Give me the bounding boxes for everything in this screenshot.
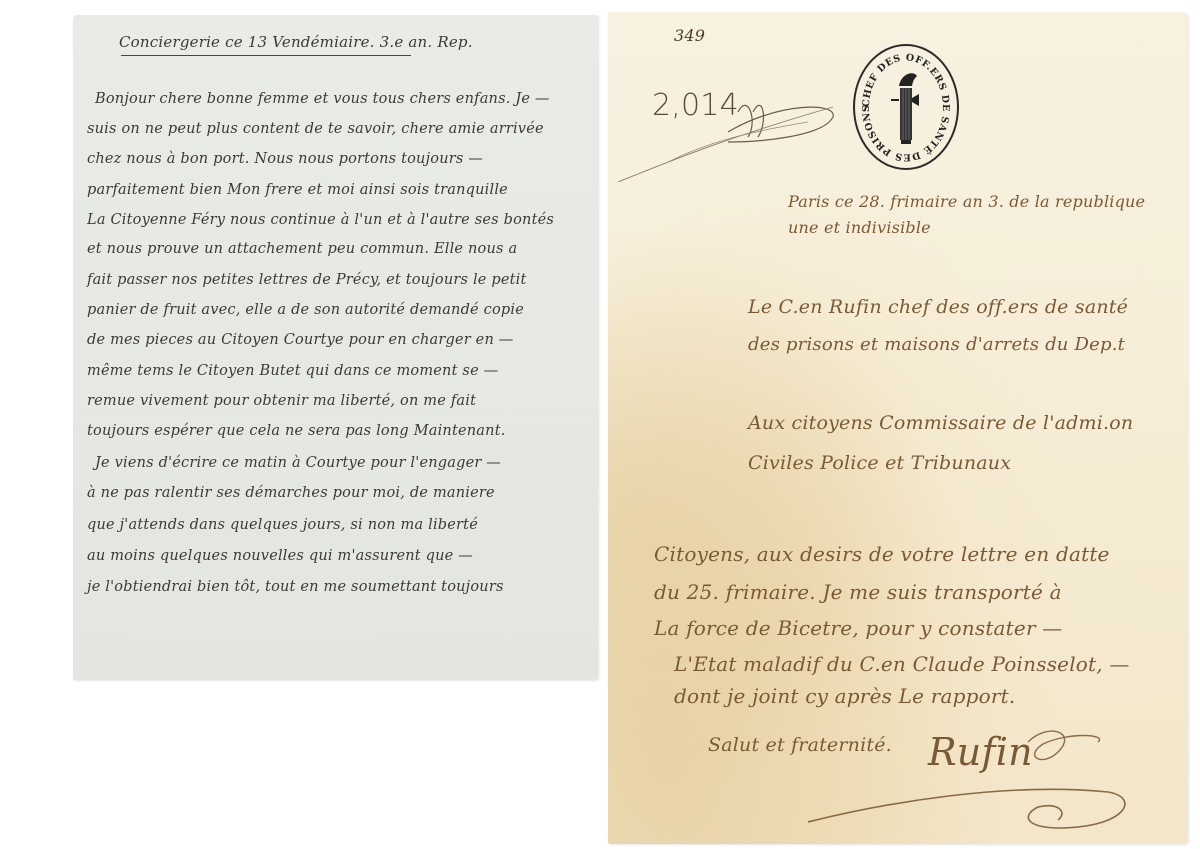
letter-line: parfaitement bien Mon frere et moi ainsi… [87, 182, 508, 198]
letter-line: que j'attends dans quelques jours, si no… [87, 517, 478, 533]
heading-underline [121, 55, 411, 56]
letter-line: de mes pieces au Citoyen Courtye pour en… [87, 332, 514, 348]
letter-line: je l'obtiendrai bien tôt, tout en me sou… [87, 579, 504, 595]
sender-line: des prisons et maisons d'arrets du Dep.t [748, 334, 1125, 355]
sender-line: Le C.en Rufin chef des off.ers de santé [748, 296, 1128, 318]
letter-line: toujours espérer que cela ne sera pas lo… [87, 423, 506, 439]
letter-line: La Citoyenne Féry nous continue à l'un e… [87, 212, 554, 228]
signature-flourish-icon [808, 712, 1138, 849]
letter-line: au moins quelques nouvelles qui m'assure… [87, 548, 473, 564]
body-line: L'Etat maladif du C.en Claude Poinsselot… [674, 652, 1130, 676]
body-line: dont je joint cy après Le rapport. [674, 684, 1015, 708]
recipient-line: Aux citoyens Commissaire de l'admi.on [748, 412, 1133, 434]
date-line: Paris ce 28. frimaire an 3. de la republ… [788, 192, 1145, 211]
body-line: Citoyens, aux desirs de votre lettre en … [654, 542, 1110, 566]
letter-line: fait passer nos petites lettres de Précy… [87, 272, 527, 288]
left-letter-page: Conciergerie ce 13 Vendémiaire. 3.e an. … [73, 15, 598, 680]
letter-line: panier de fruit avec, elle a de son auto… [87, 302, 524, 318]
body-line: du 25. frimaire. Je me suis transporté à [654, 580, 1062, 604]
letter-line: chez nous à bon port. Nous nous portons … [87, 151, 483, 167]
letter-heading: Conciergerie ce 13 Vendémiaire. 3.e an. … [119, 33, 473, 51]
reference-flourish-icon [608, 82, 848, 182]
fasces-emblem-icon: CHEF DES OFF.ERS DE SANTÉ DES PRISONS [855, 46, 957, 168]
letter-line: remue vivement pour obtenir ma liberté, … [87, 393, 476, 409]
recipient-line: Civiles Police et Tribunaux [748, 452, 1011, 474]
body-line: La force de Bicetre, pour y constater — [654, 616, 1062, 640]
date-line: une et indivisible [788, 218, 931, 237]
letter-line: même tems le Citoyen Butet qui dans ce m… [87, 363, 498, 379]
letter-line: suis on ne peut plus content de te savoi… [87, 121, 544, 137]
letter-line: à ne pas ralentir ses démarches pour moi… [87, 485, 495, 501]
right-letter-page: 349 2,014 CHEF DES OFF.ERS DE SANTÉ DES … [608, 12, 1188, 844]
letter-line: et nous prouve un attachement peu commun… [87, 241, 517, 257]
folio-number: 349 [674, 26, 705, 45]
official-stamp: CHEF DES OFF.ERS DE SANTÉ DES PRISONS [853, 44, 959, 170]
letter-line: Bonjour chere bonne femme et vous tous c… [95, 91, 550, 107]
letter-line: Je viens d'écrire ce matin à Courtye pou… [95, 455, 501, 471]
